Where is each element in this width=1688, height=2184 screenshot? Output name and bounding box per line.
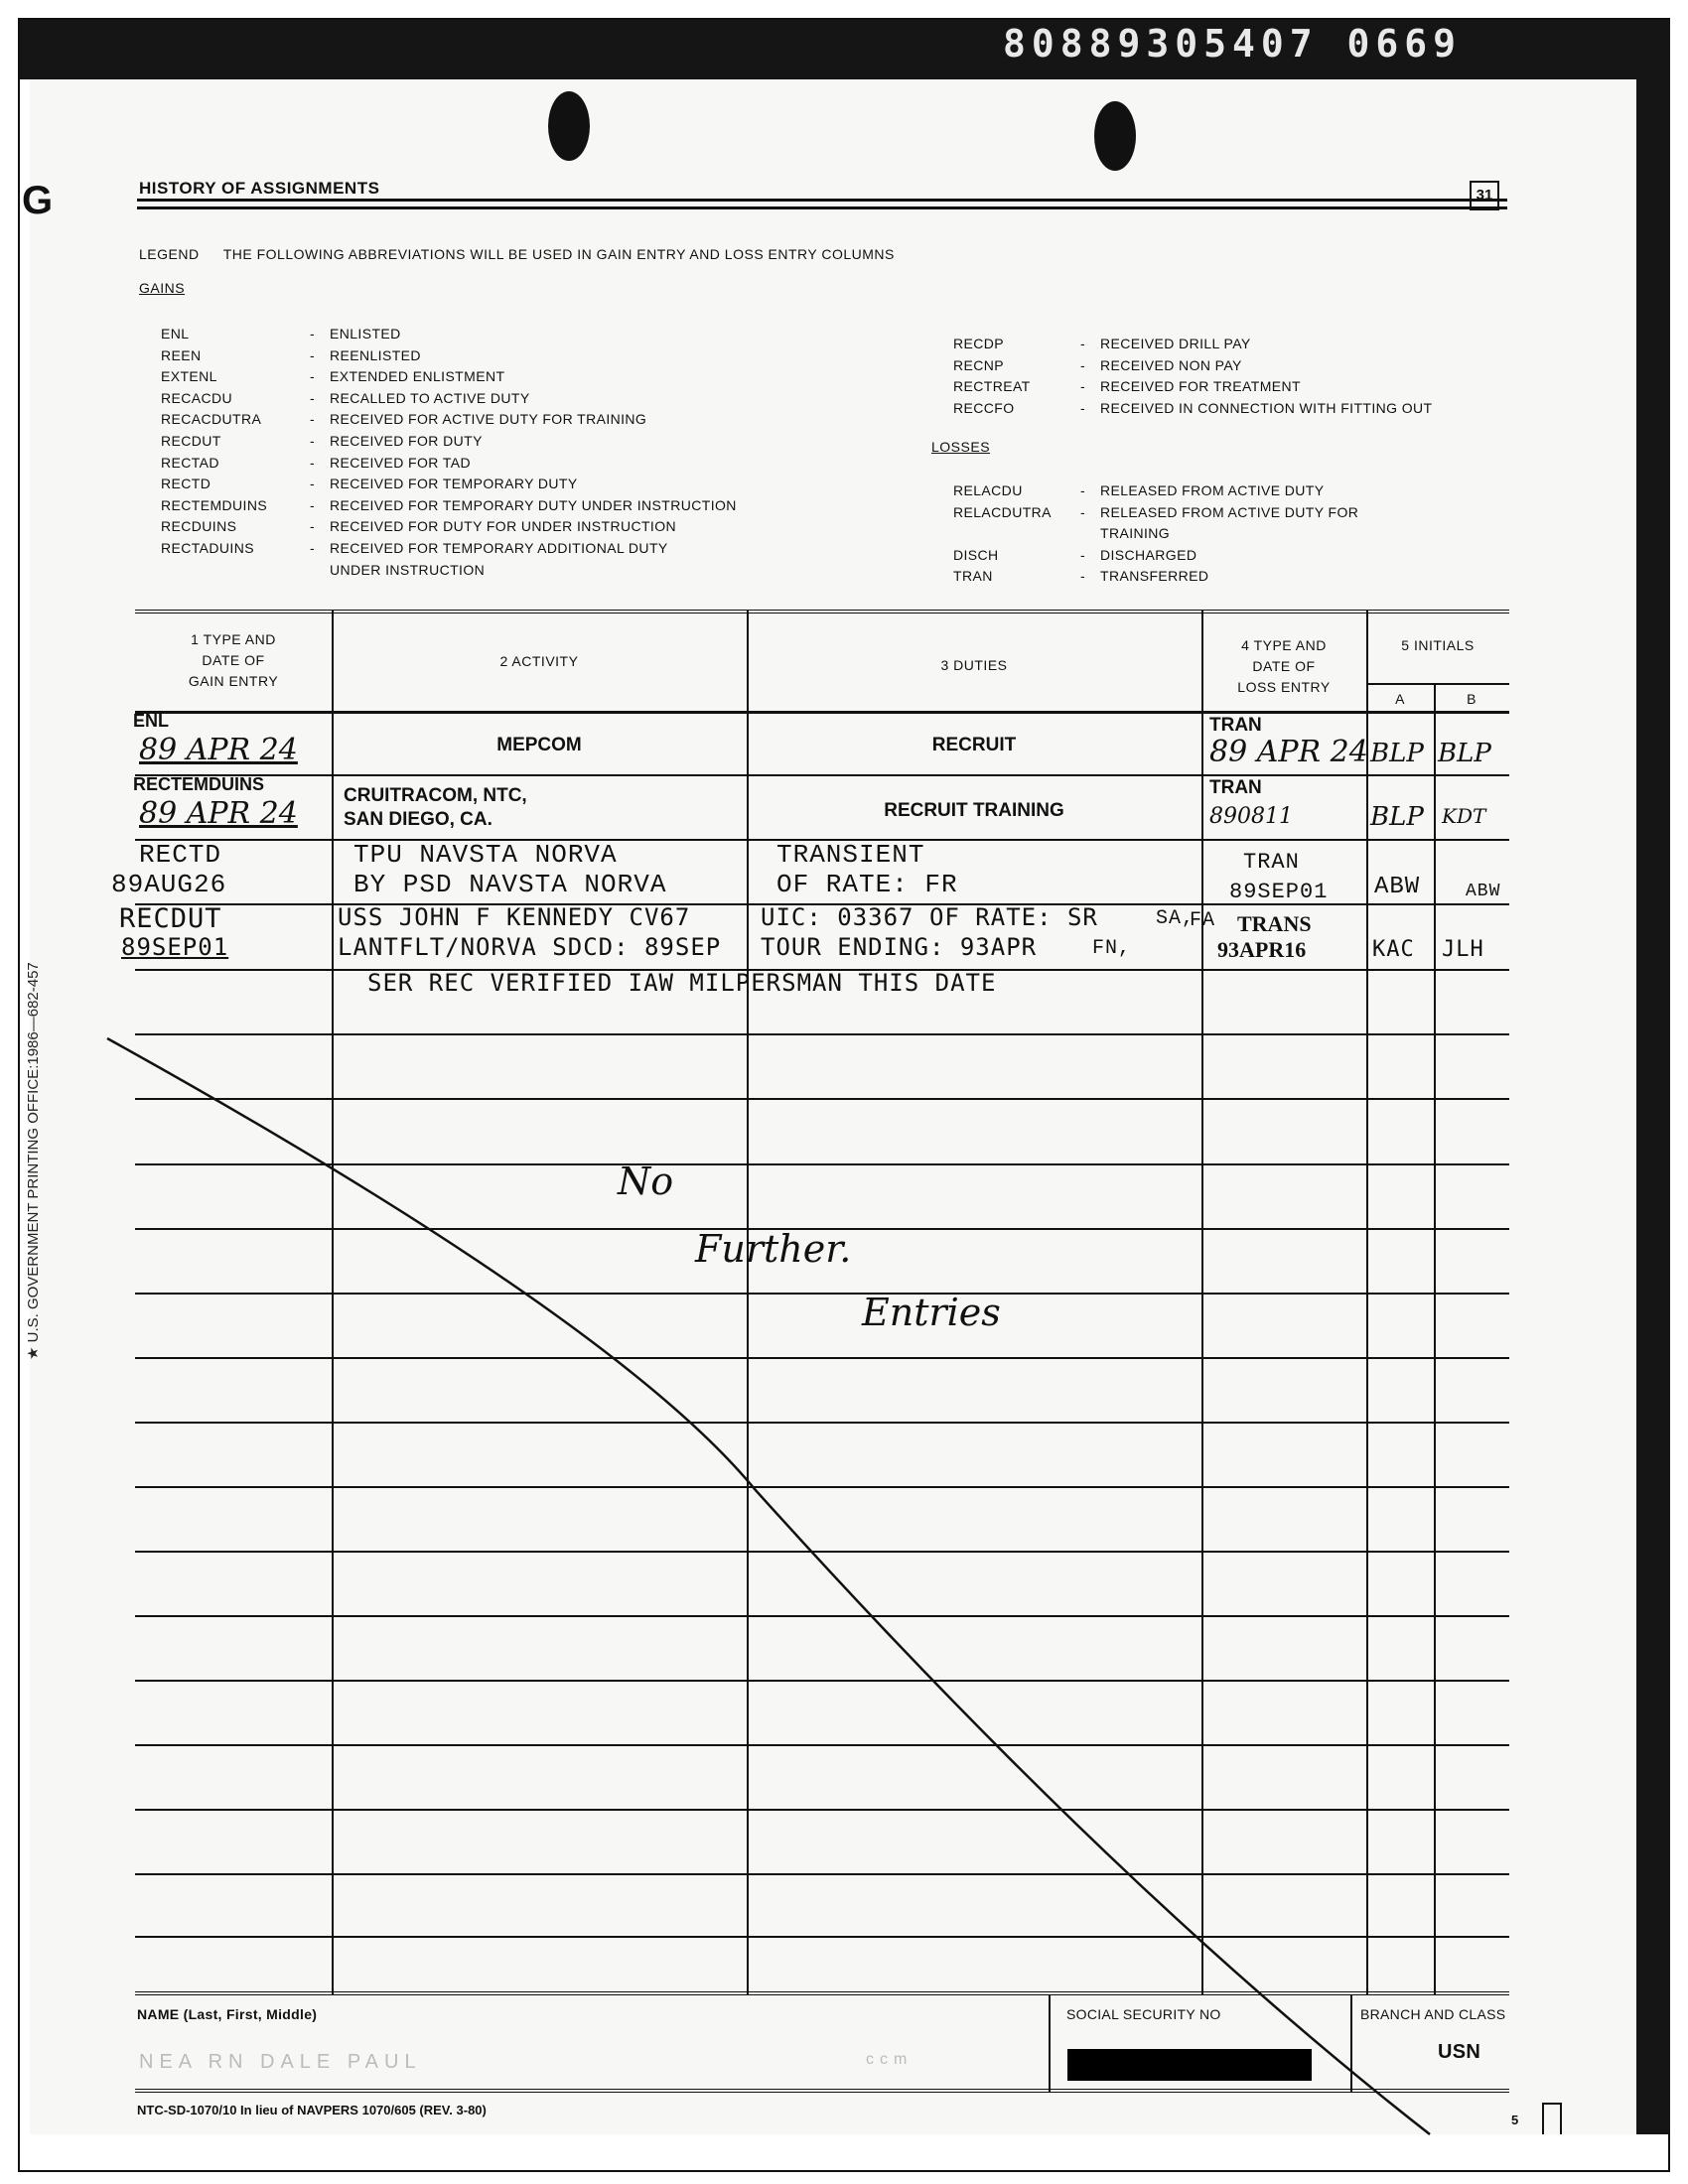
footer-divider — [1350, 1995, 1352, 2093]
branch-label: BRANCH AND CLASS — [1360, 2006, 1505, 2022]
page-mark-box — [1542, 2103, 1562, 2134]
name-label: NAME (Last, First, Middle) — [137, 2006, 317, 2022]
footer-bottom-rule — [135, 2089, 1509, 2093]
strike-through-line — [0, 0, 1688, 2184]
ssn-label: SOCIAL SECURITY NO — [1066, 2006, 1221, 2022]
name-extra: ccm — [866, 2051, 913, 2069]
form-identifier: NTC-SD-1070/10 In lieu of NAVPERS 1070/6… — [137, 2103, 487, 2117]
footer-divider — [1049, 1995, 1051, 2093]
branch-value: USN — [1438, 2041, 1480, 2064]
ssn-redaction-bar — [1067, 2049, 1312, 2081]
name-value: NEA RN DALE PAUL — [139, 2051, 422, 2074]
page-mark: 5 — [1511, 2113, 1518, 2127]
